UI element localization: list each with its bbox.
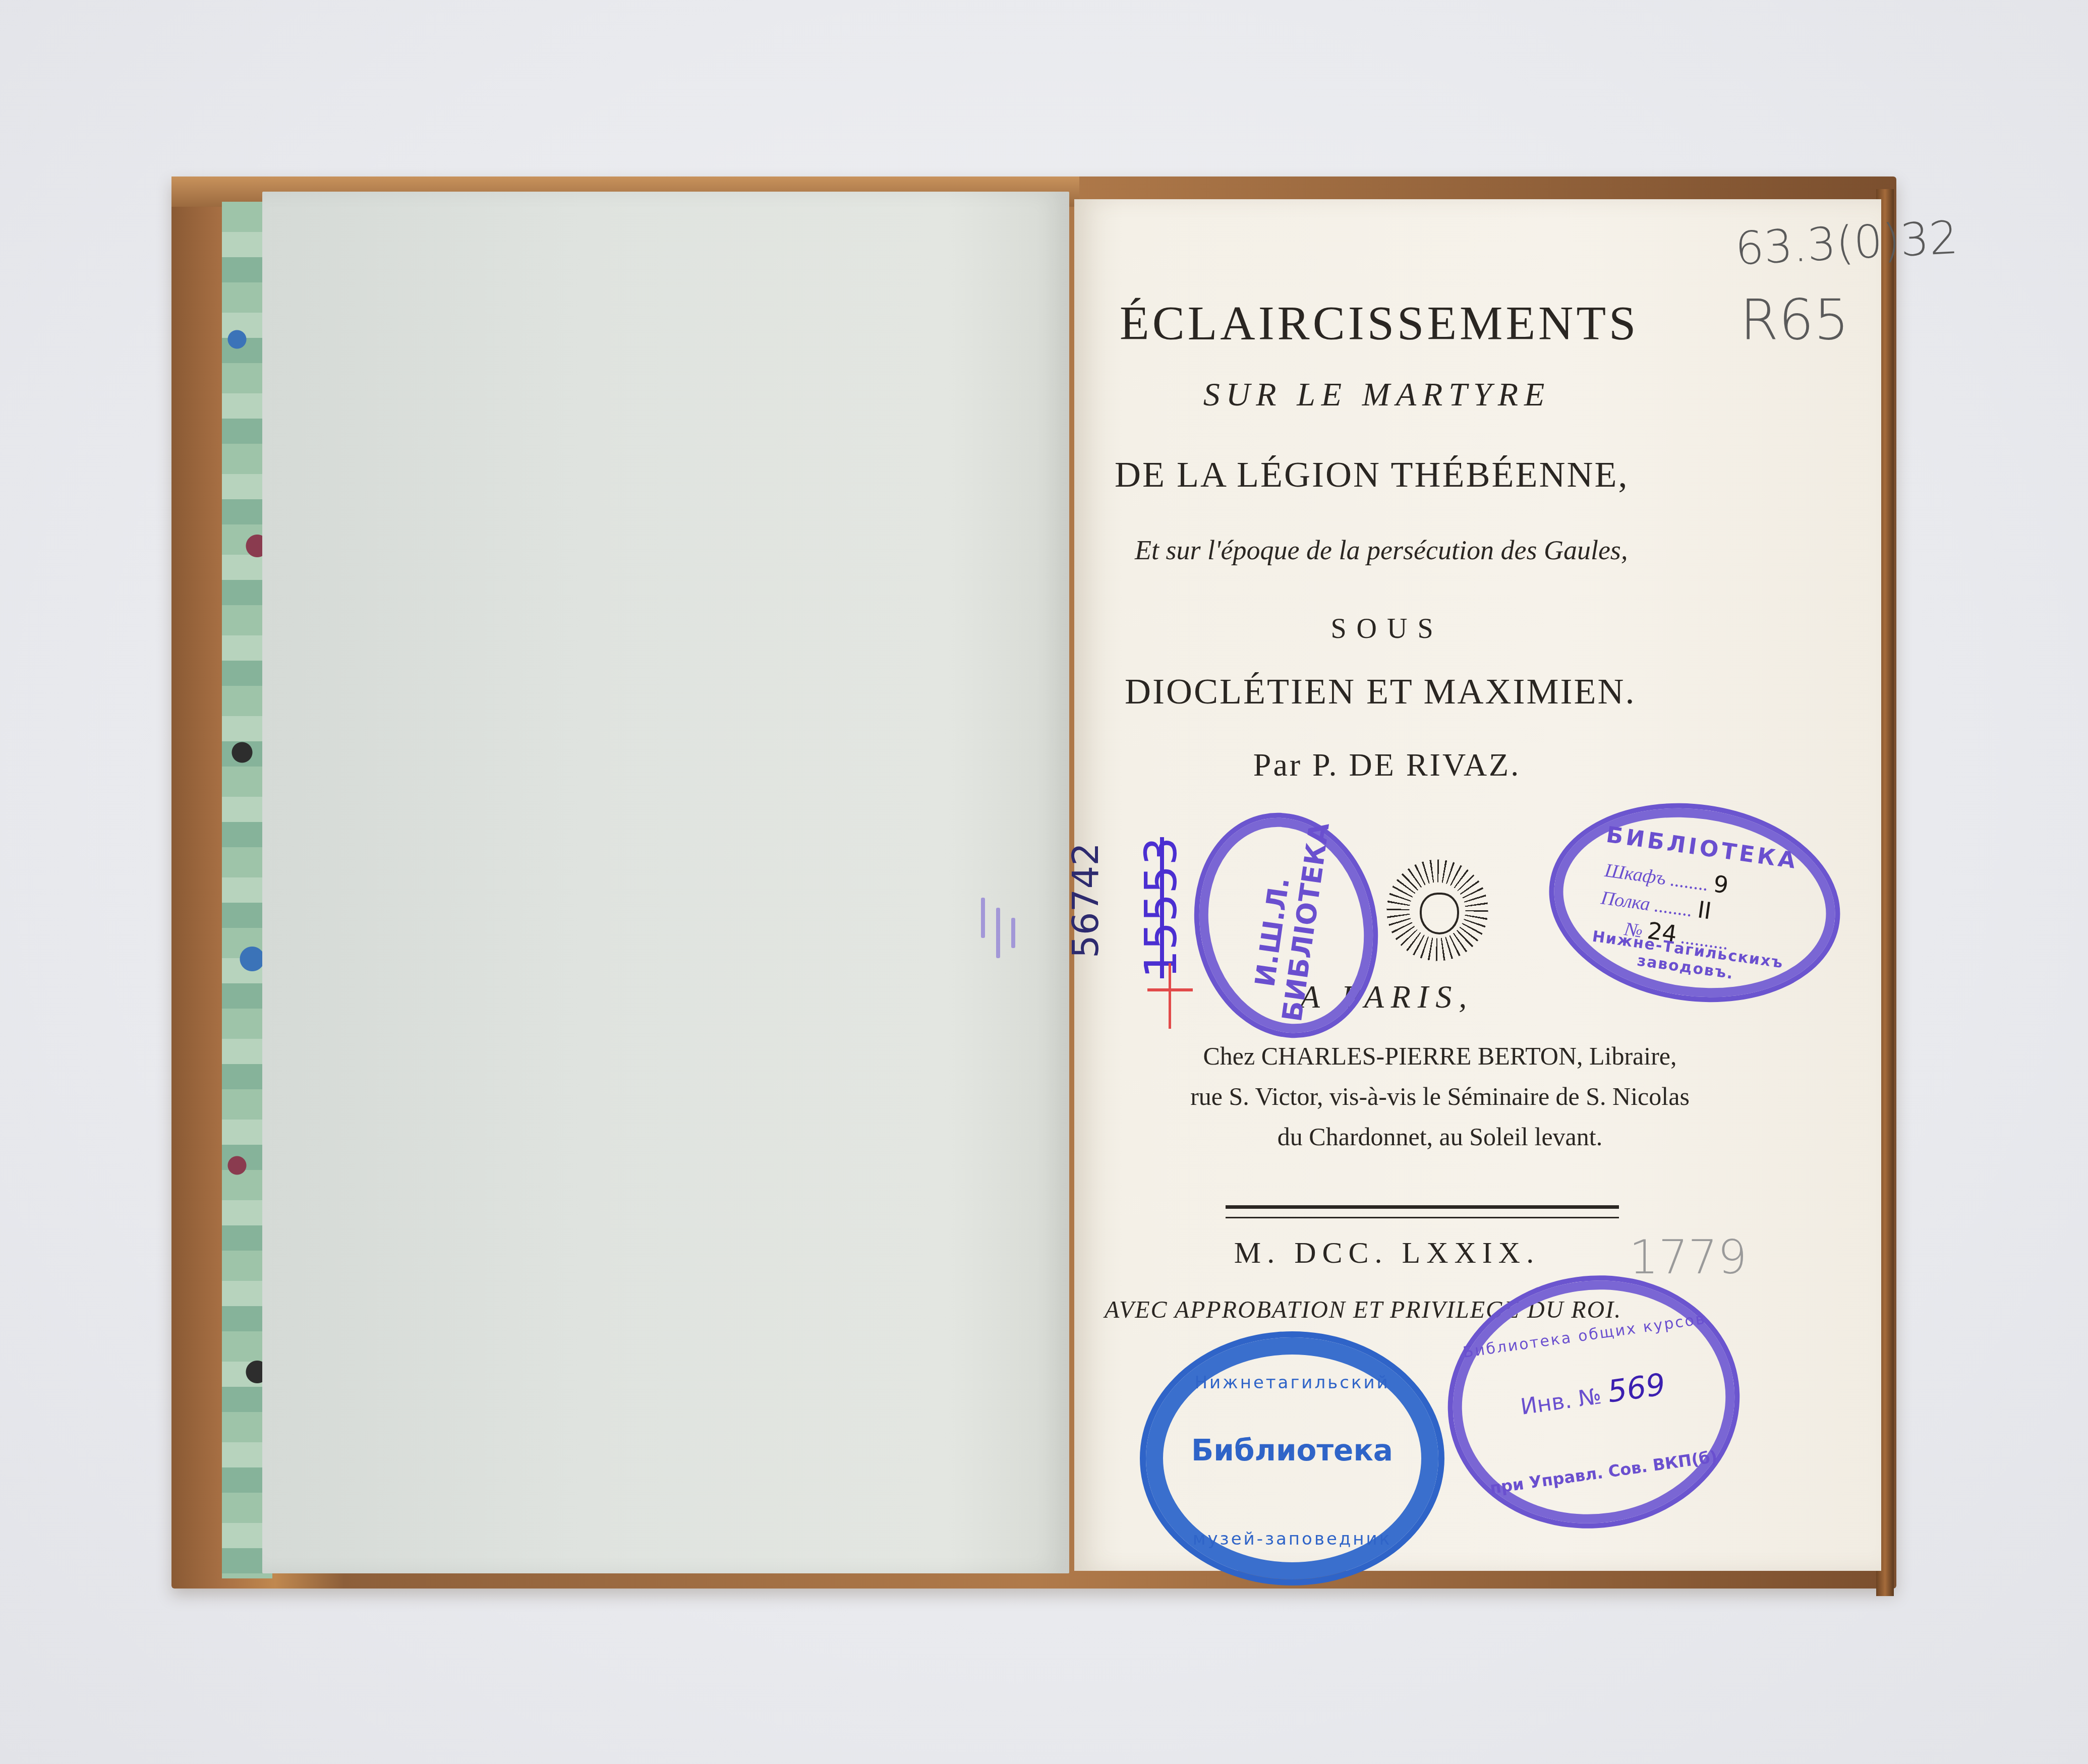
stamp-center-text: Библиотека (1146, 1433, 1438, 1467)
stamp-inventory-row: Инв. № 569 (1451, 1358, 1735, 1432)
title-line-2: SUR LE MARTYRE (1074, 376, 1679, 414)
stamp-top-text: Нижнетагильский (1146, 1373, 1438, 1393)
pencil-shelf-mark-2: R65 (1740, 287, 1849, 352)
stamp-text: И.Ш.Л. БИБЛІОТЕКА (1245, 845, 1331, 1023)
author-line: Par P. DE RIVAZ. (1074, 746, 1700, 784)
red-pencil-cross-mark (1147, 963, 1193, 1029)
pencil-shelf-mark: 63.3(0)32 (1734, 211, 1959, 275)
title-line-3: DE LA LÉGION THÉBÉENNE, (1115, 454, 1770, 496)
publisher-line-1: Chez CHARLES-PIERRE BERTON, Libraire, (1125, 1041, 1755, 1071)
stamp-label: Инв. № (1519, 1383, 1603, 1420)
ink-inventory-number: 56742 (1064, 843, 1107, 958)
publisher-line-2: rue S. Victor, vis-à-vis le Séminaire de… (1125, 1082, 1755, 1111)
publisher-line-3: du Chardonnet, au Soleil levant. (1125, 1122, 1755, 1151)
museum-library-stamp: Нижнетагильский Библиотека музей-заповед… (1140, 1331, 1444, 1585)
blank-flyleaf-page (262, 192, 1069, 1573)
inventory-number-value: 569 (1605, 1367, 1667, 1409)
stamp-value: II (1696, 896, 1713, 924)
title-line-6: DIOCLÉTIEN ET MAXIMIEN. (1125, 671, 1780, 713)
stamp-value: 9 (1712, 870, 1730, 899)
stamp-bottom-text: музей-заповедник (1146, 1529, 1438, 1549)
offset-stamp-marks (981, 898, 1021, 953)
stamp-label: Полка (1600, 887, 1652, 915)
crossed-out-number: 15553 (1135, 837, 1187, 978)
title-line-5: SOUS (1074, 613, 1700, 645)
double-rule-divider (1226, 1205, 1619, 1218)
book-title: ÉCLAIRCISSEMENTS (1120, 295, 1775, 351)
pencil-year: 1779 (1629, 1230, 1747, 1284)
title-line-4: Et sur l'époque de la persécution des Ga… (1135, 535, 1790, 566)
publication-year: M. DCC. LXXIX. (1074, 1236, 1700, 1270)
sun-face-icon (1420, 893, 1459, 934)
